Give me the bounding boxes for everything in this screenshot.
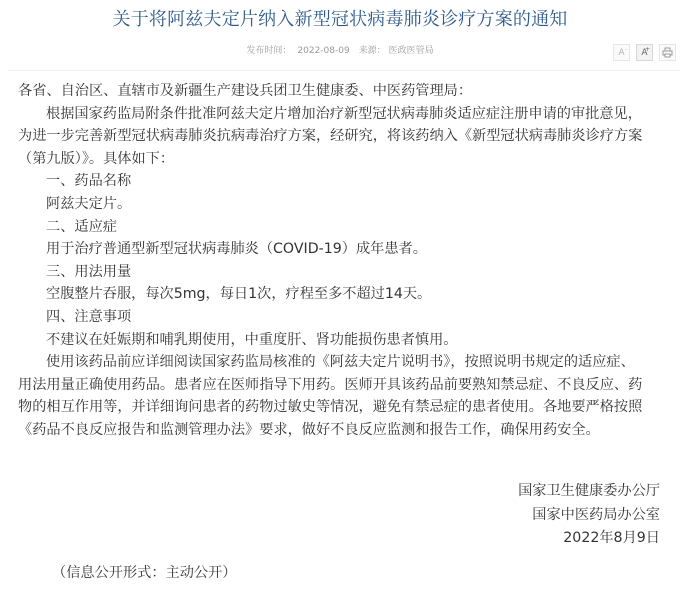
font-decrease-icon: A [618, 48, 624, 58]
header-divider [8, 70, 680, 71]
intro-line-3: （第九版）》。具体如下： [18, 148, 674, 171]
article-body: 各省、自治区、直辖市及新疆生产建设兵团卫生健康委、中医药管理局： 根据国家药监局… [18, 80, 674, 442]
article-title: 关于将阿兹夫定片纳入新型冠状病毒肺炎诊疗方案的通知 [0, 8, 680, 32]
section-heading-2: 二、适应症 [18, 216, 674, 239]
article-tools: A - A + [613, 44, 676, 61]
font-decrease-button[interactable]: A - [613, 44, 630, 61]
section-heading-3: 三、用法用量 [18, 261, 674, 284]
signature-org-2: 国家中医药局办公室 [518, 504, 660, 528]
font-increase-button[interactable]: A + [636, 44, 653, 61]
publish-label: 发布时间： [246, 46, 291, 56]
source-value: 医政医管局 [389, 46, 434, 56]
closing-line-2: 用法用量正确使用药品。患者应在医师指导下用药。医师开具该药品前要熟知禁忌症、不良… [18, 374, 674, 397]
intro-line-2: 为进一步完善新型冠状病毒肺炎抗病毒治疗方案，经研究，将该药纳入《新型冠状病毒肺炎… [18, 125, 674, 148]
signature-date: 2022年8月9日 [518, 527, 660, 551]
signature-org-1: 国家卫生健康委办公厅 [518, 480, 660, 504]
intro-line-1: 根据国家药监局附条件批准阿兹夫定片增加治疗新型冠状病毒肺炎适应症注册申请的审批意… [18, 103, 674, 126]
closing-line-1: 使用该药品前应详细阅读国家药监局核准的《阿兹夫定片说明书》，按照说明书规定的适应… [18, 351, 674, 374]
section-text-4: 不建议在妊娠期和哺乳期使用，中重度肝、肾功能损伤患者慎用。 [18, 329, 674, 352]
plus-sup: + [645, 46, 650, 53]
signature-block: 国家卫生健康委办公厅 国家中医药局办公室 2022年8月9日 [518, 480, 660, 551]
section-heading-1: 一、药品名称 [18, 170, 674, 193]
article-meta: 发布时间：2022-08-09 来源：医政医管局 [0, 44, 680, 58]
print-icon [662, 47, 673, 58]
section-heading-4: 四、注意事项 [18, 306, 674, 329]
source-label: 来源： [359, 46, 386, 56]
print-button[interactable] [659, 44, 676, 61]
publish-date: 2022-08-09 [297, 46, 349, 56]
section-text-2: 用于治疗普通型新型冠状病毒肺炎（COVID-19）成年患者。 [18, 238, 674, 261]
section-text-3: 空腹整片吞服，每次5mg，每日1次，疗程至多不超过14天。 [18, 283, 674, 306]
closing-line-3: 物的相互作用等，并详细询问患者的药物过敏史等情况，避免有禁忌症的患者使用。各地要… [18, 396, 674, 419]
minus-sup: - [625, 46, 627, 53]
section-text-1: 阿兹夫定片。 [18, 193, 674, 216]
salutation: 各省、自治区、直辖市及新疆生产建设兵团卫生健康委、中医药管理局： [18, 80, 674, 103]
disclosure-note: （信息公开形式：主动公开） [52, 562, 236, 584]
closing-line-4: 《药品不良反应报告和监测管理办法》要求，做好不良反应监测和报告工作，确保用药安全… [18, 419, 674, 442]
